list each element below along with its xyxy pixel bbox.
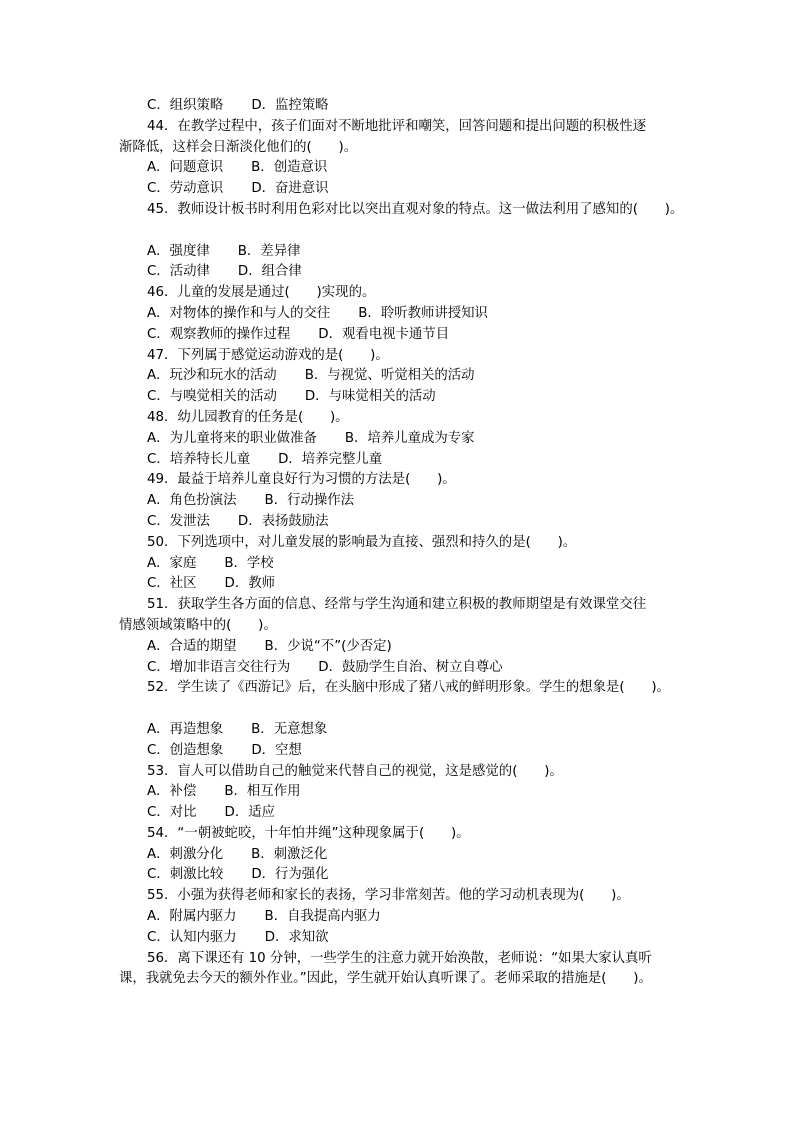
answer-option: B．差异律 — [238, 242, 301, 263]
answer-option: B．相互作用 — [224, 782, 300, 803]
answer-options-row: C．刺激比较D．行为强化 — [119, 865, 679, 886]
answer-options-row: C．认知内驱力D．求知欲 — [119, 928, 679, 949]
answer-option: A．玩沙和玩水的活动 — [147, 366, 277, 387]
answer-options-row: A．问题意识B．创造意识 — [119, 158, 679, 179]
answer-options-row: C．对比D．适应 — [119, 803, 679, 824]
answer-option: D．行为强化 — [251, 865, 328, 886]
answer-option: B．自我提高内驱力 — [265, 907, 381, 928]
answer-option: D．培养完整儿童 — [278, 450, 382, 471]
question-text: 45．教师设计板书时利用色彩对比以突出直观对象的特点。这一做法利用了感知的( )… — [119, 200, 679, 221]
answer-option: B．少说“不”(少否定) — [265, 637, 392, 658]
answer-option: A．问题意识 — [147, 158, 223, 179]
answer-options-row: C．活动律D．组合律 — [119, 262, 679, 283]
answer-option: D．鼓励学生自治、树立自尊心 — [318, 658, 502, 679]
question-text: 44．在教学过程中，孩子们面对不断地批评和嘲笑，回答问题和提出问题的积极性逐 — [119, 117, 679, 138]
answer-options-row: C．增加非语言交往行为D．鼓励学生自治、树立自尊心 — [119, 658, 679, 679]
answer-options-row: A．再造想象B．无意想象 — [119, 720, 679, 741]
answer-option: A．角色扮演法 — [147, 491, 237, 512]
answer-options-row: A．强度律B．差异律 — [119, 242, 679, 263]
question-list: C．组织策略D．监控策略44．在教学过程中，孩子们面对不断地批评和嘲笑，回答问题… — [119, 96, 679, 990]
answer-option: C．与嗅觉相关的活动 — [147, 387, 277, 408]
answer-option: C．培养特长儿童 — [147, 450, 250, 471]
answer-option: D．组合律 — [238, 262, 302, 283]
question-text: 54．“一朝被蛇咬，十年怕井绳”这种现象属于( )。 — [119, 824, 679, 845]
answer-option: B．与视觉、听觉相关的活动 — [305, 366, 475, 387]
answer-option: D．教师 — [225, 574, 275, 595]
answer-options-row: C．与嗅觉相关的活动D．与味觉相关的活动 — [119, 387, 679, 408]
answer-options-row: C．社区D．教师 — [119, 574, 679, 595]
answer-option: B．培养儿童成为专家 — [345, 429, 475, 450]
answer-options-row: A．合适的期望B．少说“不”(少否定) — [119, 637, 679, 658]
answer-option: C．劳动意识 — [147, 179, 223, 200]
answer-option: D．适应 — [225, 803, 275, 824]
answer-option: C．增加非语言交往行为 — [147, 658, 290, 679]
answer-option: C．组织策略 — [147, 96, 223, 117]
document-page: C．组织策略D．监控策略44．在教学过程中，孩子们面对不断地批评和嘲笑，回答问题… — [0, 0, 794, 1123]
answer-options-row: C．劳动意识D．奋进意识 — [119, 179, 679, 200]
answer-options-row: A．为儿童将来的职业做准备B．培养儿童成为专家 — [119, 429, 679, 450]
answer-option: C．创造想象 — [147, 741, 223, 762]
question-text: 46．儿童的发展是通过( )实现的。 — [119, 283, 679, 304]
answer-option: C．刺激比较 — [147, 865, 223, 886]
answer-option: C．发泄法 — [147, 512, 210, 533]
answer-options-row: C．发泄法D．表扬鼓励法 — [119, 512, 679, 533]
answer-option: A．为儿童将来的职业做准备 — [147, 429, 317, 450]
answer-option: B．刺激泛化 — [251, 845, 327, 866]
answer-options-row: A．对物体的操作和与人的交往B．聆听教师讲授知识 — [119, 304, 679, 325]
answer-options-row: C．组织策略D．监控策略 — [119, 96, 679, 117]
answer-option: C．社区 — [147, 574, 197, 595]
question-text: 51．获取学生各方面的信息、经常与学生沟通和建立积极的教师期望是有效课堂交往 — [119, 595, 679, 616]
answer-option: B．创造意识 — [251, 158, 327, 179]
answer-option: A．对物体的操作和与人的交往 — [147, 304, 330, 325]
question-text: 56．离下课还有 10 分钟，一些学生的注意力就开始涣散，老师说：“如果大家认真… — [119, 949, 679, 970]
answer-options-row: A．刺激分化B．刺激泛化 — [119, 845, 679, 866]
question-text-continuation: 渐降低，这样会日渐淡化他们的( )。 — [119, 138, 679, 159]
answer-option: B．聆听教师讲授知识 — [358, 304, 488, 325]
answer-option: D．奋进意识 — [251, 179, 328, 200]
blank-line — [119, 699, 679, 720]
answer-options-row: A．家庭B．学校 — [119, 554, 679, 575]
answer-option: A．附属内驱力 — [147, 907, 237, 928]
answer-option: D．观看电视卡通节目 — [318, 325, 449, 346]
answer-option: D．监控策略 — [251, 96, 328, 117]
answer-option: A．再造想象 — [147, 720, 223, 741]
answer-option: C．观察教师的操作过程 — [147, 325, 290, 346]
answer-option: C．对比 — [147, 803, 197, 824]
question-text: 53．盲人可以借助自己的触觉来代替自己的视觉，这是感觉的( )。 — [119, 762, 679, 783]
question-text-continuation: 课，我就免去今天的额外作业。”因此，学生就开始认真听课了。老师采取的措施是( )… — [119, 969, 679, 990]
answer-option: A．补偿 — [147, 782, 196, 803]
answer-option: D．求知欲 — [265, 928, 329, 949]
answer-options-row: C．观察教师的操作过程D．观看电视卡通节目 — [119, 325, 679, 346]
answer-options-row: C．培养特长儿童D．培养完整儿童 — [119, 450, 679, 471]
answer-option: A．刺激分化 — [147, 845, 223, 866]
answer-option: B．无意想象 — [251, 720, 327, 741]
question-text: 47．下列属于感觉运动游戏的是( )。 — [119, 346, 679, 367]
answer-option: C．活动律 — [147, 262, 210, 283]
answer-option: C．认知内驱力 — [147, 928, 237, 949]
answer-option: B．学校 — [224, 554, 273, 575]
answer-option: A．合适的期望 — [147, 637, 237, 658]
answer-option: D．与味觉相关的活动 — [305, 387, 436, 408]
question-text: 48．幼儿园教育的任务是( )。 — [119, 408, 679, 429]
answer-options-row: A．角色扮演法B．行动操作法 — [119, 491, 679, 512]
answer-options-row: C．创造想象D．空想 — [119, 741, 679, 762]
answer-option: B．行动操作法 — [265, 491, 355, 512]
blank-line — [119, 221, 679, 242]
answer-options-row: A．补偿B．相互作用 — [119, 782, 679, 803]
answer-options-row: A．附属内驱力B．自我提高内驱力 — [119, 907, 679, 928]
question-text: 55．小强为获得老师和家长的表扬，学习非常刻苦。他的学习动机表现为( )。 — [119, 886, 679, 907]
answer-option: A．强度律 — [147, 242, 210, 263]
question-text-continuation: 情感领域策略中的( )。 — [119, 616, 679, 637]
answer-option: D．表扬鼓励法 — [238, 512, 329, 533]
question-text: 52．学生读了《西游记》后，在头脑中形成了猪八戒的鲜明形象。学生的想象是( )。 — [119, 678, 679, 699]
answer-option: D．空想 — [251, 741, 301, 762]
answer-option: A．家庭 — [147, 554, 196, 575]
answer-options-row: A．玩沙和玩水的活动B．与视觉、听觉相关的活动 — [119, 366, 679, 387]
question-text: 49．最益于培养儿童良好行为习惯的方法是( )。 — [119, 470, 679, 491]
question-text: 50．下列选项中，对儿童发展的影响最为直接、强烈和持久的是( )。 — [119, 533, 679, 554]
